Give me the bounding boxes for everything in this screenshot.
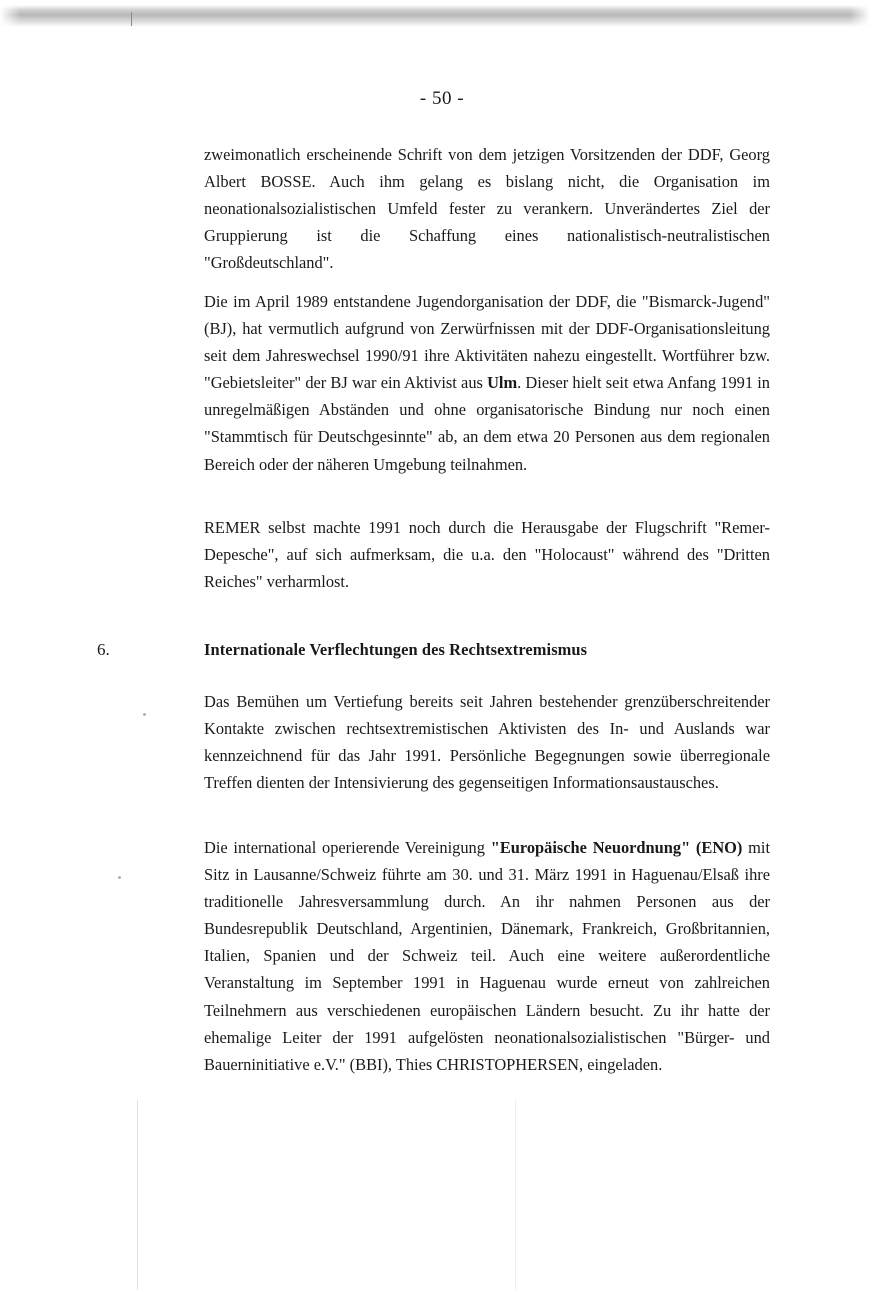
text-span: Die international operierende Vereinigun… <box>204 838 491 857</box>
scan-speck <box>118 876 121 879</box>
scan-edge-shadow <box>0 0 884 30</box>
scan-speck <box>143 713 146 716</box>
scan-artifact-line <box>515 1100 516 1290</box>
scan-artifact-mark <box>131 12 132 26</box>
bold-organization-name: "Europäische Neuordnung" (ENO) <box>491 838 743 857</box>
paragraph-eno: Die international operierende Vereinigun… <box>204 834 770 1078</box>
section-heading: Internationale Verflechtungen des Rechts… <box>204 640 587 660</box>
text-span: mit Sitz in Lausanne/Schweiz führte am 3… <box>204 838 770 1074</box>
paragraph-remer-depesche: REMER selbst machte 1991 noch durch die … <box>204 514 770 595</box>
paragraph-international-contacts: Das Bemühen um Vertiefung bereits seit J… <box>204 688 770 796</box>
paragraph-ddf-bosse: zweimonatlich erscheinende Schrift von d… <box>204 141 770 276</box>
section-number: 6. <box>97 640 110 660</box>
page-number: - 50 - <box>0 88 884 110</box>
scan-artifact-line <box>137 1100 138 1290</box>
bold-place-name: Ulm <box>487 373 517 392</box>
paragraph-bismarck-jugend: Die im April 1989 entstandene Jugendorga… <box>204 288 770 478</box>
